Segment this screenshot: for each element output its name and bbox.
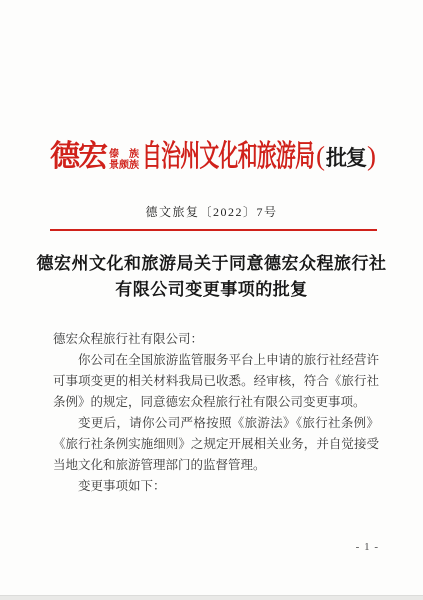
org-name-ethnic-line2: 景颇族: [109, 160, 139, 171]
body-paragraph-2: 变更后，请你公司严格按照《旅游法》《旅行社条例》《旅行社条例实施细则》之规定开展…: [53, 413, 379, 476]
document-title-line1: 德宏州文化和旅游局关于同意德宏众程旅行社: [0, 251, 423, 277]
salutation: 德宏众程旅行社有限公司：: [53, 329, 379, 350]
org-name-ethnic-line1: 傣 族: [109, 149, 139, 160]
scan-bottom-edge: [0, 595, 423, 600]
document-title-line2: 有限公司变更事项的批复: [0, 277, 423, 303]
body-paragraph-3: 变更事项如下：: [53, 476, 379, 497]
doc-type-paren-open: (: [316, 143, 325, 170]
document-title: 德宏州文化和旅游局关于同意德宏众程旅行社 有限公司变更事项的批复: [0, 251, 423, 303]
red-divider-line: [50, 229, 377, 231]
document-number: 德文旅复〔2022〕7号: [0, 203, 423, 220]
document-page: 德宏 傣 族 景颇族 自治州文化和旅游局 ( 批复 ) 德文旅复〔2022〕7号…: [0, 0, 423, 600]
doc-type-label: 批复: [326, 148, 366, 169]
letterhead: 德宏 傣 族 景颇族 自治州文化和旅游局 ( 批复 ): [50, 137, 380, 177]
org-name-ethnic-stack: 傣 族 景颇族: [109, 149, 139, 171]
document-body: 德宏众程旅行社有限公司： 你公司在全国旅游监管服务平台上申请的旅行社经营许可事项…: [53, 329, 379, 497]
org-name-main: 自治州文化和旅游局: [142, 142, 316, 172]
org-name-prefix: 德宏: [50, 142, 106, 172]
doc-type-paren-close: ): [367, 143, 376, 170]
page-number: - 1 -: [356, 541, 379, 553]
body-paragraph-1: 你公司在全国旅游监管服务平台上申请的旅行社经营许可事项变更的相关材料我局已收悉。…: [53, 350, 379, 413]
